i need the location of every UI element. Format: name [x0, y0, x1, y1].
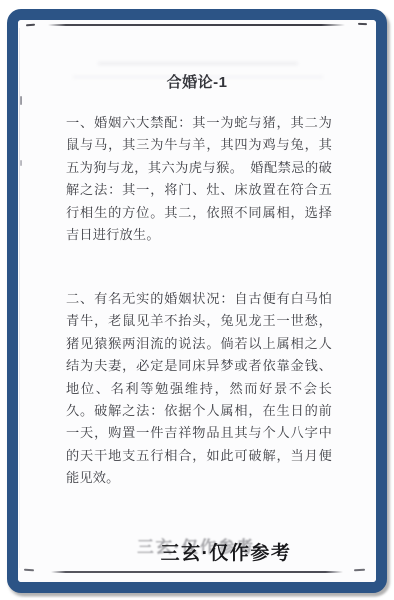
scan-artifact-dash	[24, 569, 34, 571]
document-page: 合婚论-1 一、婚姻六大禁配：其一为蛇与猪，其二为鼠与马，其三为牛与羊，其四为鸡…	[18, 20, 376, 582]
scan-artifact-dash	[358, 23, 367, 25]
paragraph-marriage-taboos: 一、婚姻六大禁配：其一为蛇与猪，其二为鼠与马，其三为牛与羊，其四为鸡与兔，其五为…	[66, 112, 332, 246]
scan-artifact-smudge	[98, 62, 298, 65]
scan-artifact-tick	[20, 96, 22, 105]
scan-artifact-dash	[26, 24, 35, 26]
scan-artifact-tick	[20, 160, 22, 166]
paper-edge-shadow	[19, 28, 20, 568]
watermark-text: 三玄·仅作参考	[161, 543, 292, 564]
blue-border-frame: 合婚论-1 一、婚姻六大禁配：其一为蛇与猪，其二为鼠与马，其三为牛与羊，其四为鸡…	[7, 9, 387, 593]
scan-artifact-bottom-line	[51, 571, 343, 573]
paragraph-nominal-marriage: 二、有名无实的婚姻状况：自古便有白马怕青牛，老鼠见羊不抬头，兔见龙王一世愁，猪见…	[66, 288, 332, 490]
watermark-row: 三玄·仅作参考 三玄·仅作参考	[47, 540, 376, 568]
photo-background: 合婚论-1 一、婚姻六大禁配：其一为蛇与猪，其二为鼠与马，其三为牛与羊，其四为鸡…	[0, 0, 394, 600]
page-title: 合婚论-1	[18, 74, 376, 92]
scan-artifact-dash	[354, 569, 365, 571]
scan-artifact-top-line	[48, 24, 345, 26]
